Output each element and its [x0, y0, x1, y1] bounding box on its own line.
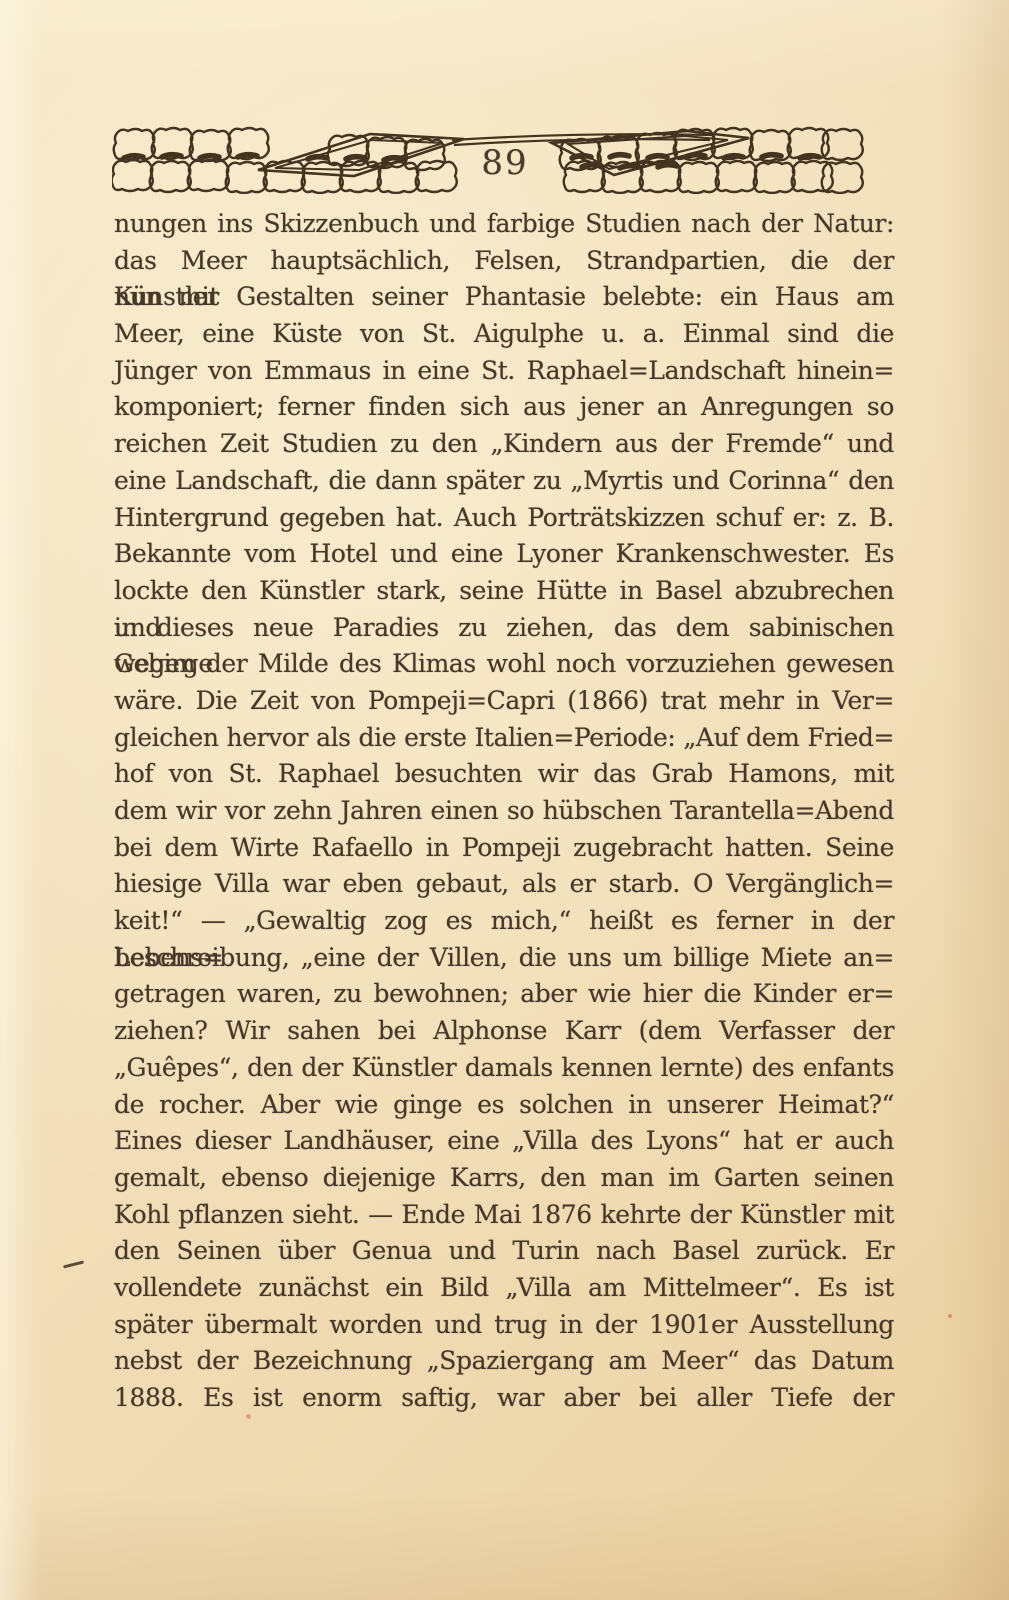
- text-line: gemalt, ebenso diejenige Karrs, den man …: [114, 1160, 894, 1197]
- body-text: nungen ins Skizzenbuch und farbige Studi…: [114, 206, 894, 1417]
- text-line: den Seinen über Genua und Turin nach Bas…: [114, 1233, 894, 1270]
- text-line: später übermalt worden und trug in der 1…: [114, 1307, 894, 1344]
- text-line: nungen ins Skizzenbuch und farbige Studi…: [114, 206, 894, 243]
- book-page-scan: 89 nungen ins Skizzenbuch und farbige St…: [0, 0, 1009, 1600]
- text-line: Eines dieser Landhäuser, eine „Villa des…: [114, 1123, 894, 1160]
- text-line: gleichen hervor als die erste Italien=Pe…: [114, 720, 894, 757]
- text-line: das Meer hauptsächlich, Felsen, Strandpa…: [114, 243, 894, 280]
- text-line: de rocher. Aber wie ginge es solchen in …: [114, 1087, 894, 1124]
- text-line: hiesige Villa war eben gebaut, als er st…: [114, 866, 894, 903]
- text-line: reichen Zeit Studien zu den „Kindern aus…: [114, 426, 894, 463]
- text-line: „Guêpes“, den der Künstler damals kennen…: [114, 1050, 894, 1087]
- text-line: eine Landschaft, die dann später zu „Myr…: [114, 463, 894, 500]
- text-line: hof von St. Raphael besuchten wir das Gr…: [114, 756, 894, 793]
- text-line: Jünger von Emmaus in eine St. Raphael=La…: [114, 353, 894, 390]
- text-line: bei dem Wirte Rafaello in Pompeji zugebr…: [114, 830, 894, 867]
- text-line: keit!“ — „Gewaltig zog es mich,“ heißt e…: [114, 903, 894, 940]
- text-line: wäre. Die Zeit von Pompeji=Capri (1866) …: [114, 683, 894, 720]
- text-line: Meer, eine Küste von St. Aigulphe u. a. …: [114, 316, 894, 353]
- text-line: Hintergrund gegeben hat. Auch Porträtski…: [114, 500, 894, 537]
- text-line: in dieses neue Paradies zu ziehen, das d…: [114, 610, 894, 647]
- text-line: Kohl pflanzen sieht. — Ende Mai 1876 keh…: [114, 1197, 894, 1234]
- text-line: 1888. Es ist enorm saftig, war aber bei …: [114, 1380, 894, 1417]
- text-line: getragen waren, zu bewohnen; aber wie hi…: [114, 976, 894, 1013]
- text-line: nun mit Gestalten seiner Phantasie beleb…: [114, 279, 894, 316]
- text-line: komponiert; ferner finden sich aus jener…: [114, 389, 894, 426]
- text-line: nebst der Bezeichnung „Spaziergang am Me…: [114, 1343, 894, 1380]
- text-line: beschreibung, „eine der Villen, die uns …: [114, 940, 894, 977]
- text-line: lockte den Künstler stark, seine Hütte i…: [114, 573, 894, 610]
- text-line: ziehen? Wir sahen bei Alphonse Karr (dem…: [114, 1013, 894, 1050]
- text-line: dem wir vor zehn Jahren einen so hübsche…: [114, 793, 894, 830]
- text-line: vollendete zunächst ein Bild „Villa am M…: [114, 1270, 894, 1307]
- paper-speck: [246, 1414, 251, 1419]
- paper-speck: [948, 1314, 952, 1318]
- stray-margin-mark: [63, 1261, 84, 1269]
- text-line: wegen der Milde des Klimas wohl noch vor…: [114, 646, 894, 683]
- text-line: Bekannte vom Hotel und eine Lyoner Krank…: [114, 536, 894, 573]
- page-number: 89: [455, 143, 555, 183]
